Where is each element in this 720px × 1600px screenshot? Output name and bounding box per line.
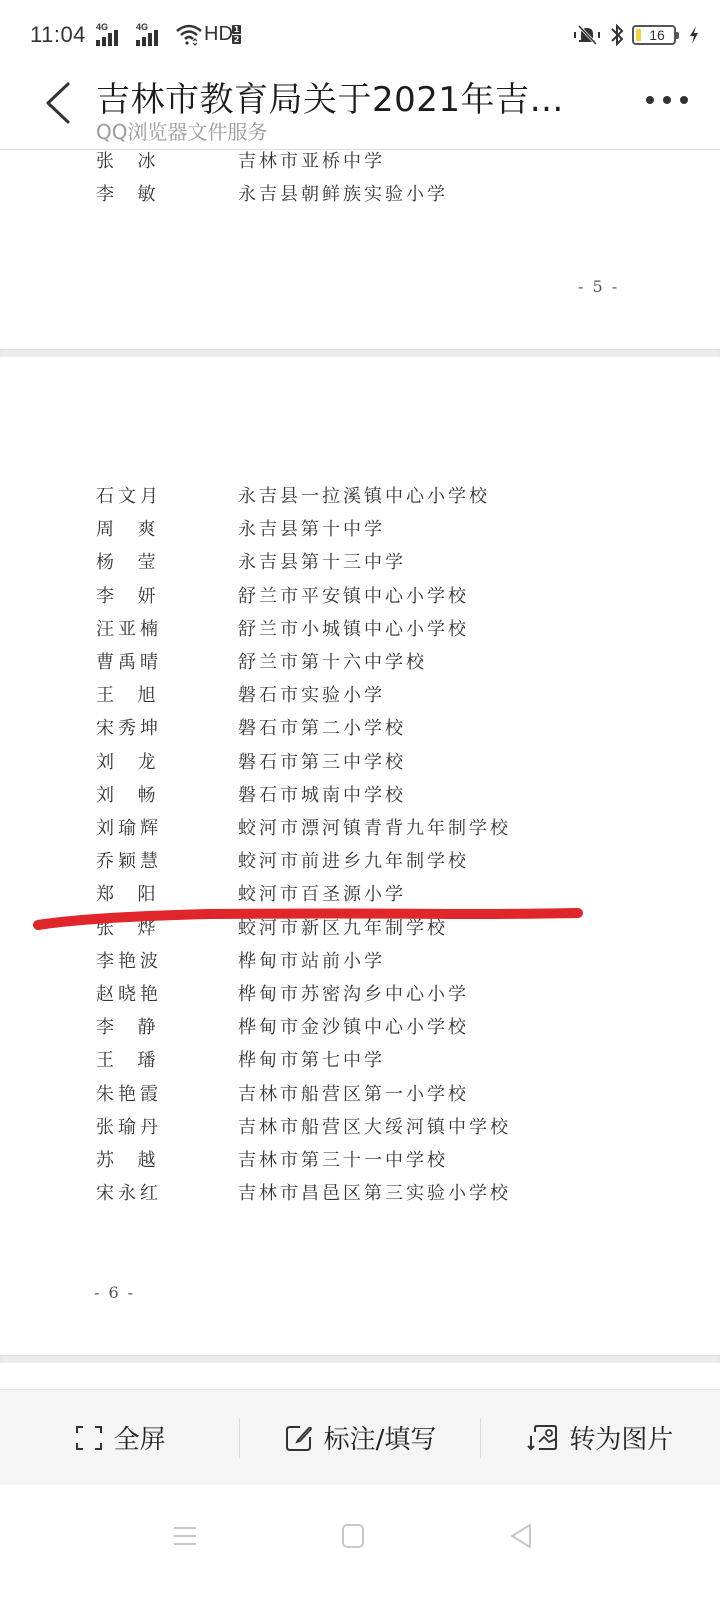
person-name: 李 妍 (96, 582, 216, 608)
person-name: 宋永红 (96, 1179, 216, 1205)
person-name: 曹禹晴 (96, 648, 216, 674)
person-name: 苏 越 (96, 1146, 216, 1172)
wifi-icon (176, 24, 202, 46)
school-name: 桦甸市苏密沟乡中心小学 (238, 980, 469, 1006)
school-name: 磐石市第二小学校 (238, 714, 406, 740)
image-convert-icon (527, 1422, 559, 1454)
school-name: 永吉县一拉溪镇中心小学校 (238, 482, 490, 508)
school-name: 桦甸市站前小学 (238, 947, 385, 973)
person-name: 杨 莹 (96, 548, 216, 574)
status-bar: 11:04 4G 4G HD 1 2 16 (0, 0, 720, 68)
document-source: QQ浏览器文件服务 (96, 116, 267, 145)
bluetooth-icon (610, 23, 624, 47)
person-name: 石文月 (96, 482, 216, 508)
menu-icon[interactable] (172, 1523, 198, 1549)
back-triangle-icon[interactable] (508, 1523, 534, 1549)
status-time: 11:04 (30, 22, 86, 48)
person-name: 王 旭 (96, 681, 216, 707)
school-name: 舒兰市平安镇中心小学校 (238, 582, 469, 608)
page-number: - 5 - (578, 277, 619, 296)
person-name: 王 璠 (96, 1046, 216, 1072)
chevron-left-icon[interactable] (38, 78, 82, 128)
hd-icon: HD (204, 23, 233, 46)
person-name: 宋秀坤 (96, 714, 216, 740)
school-name: 蛟河市前进乡九年制学校 (238, 847, 469, 873)
page-5: 张 冰 吉林市亚桥中学 李 敏 永吉县朝鲜族实验小学 - 5 - (0, 151, 720, 349)
school-name: 蛟河市漂河镇青背九年制学校 (238, 814, 511, 840)
battery-icon: 16 (632, 25, 676, 45)
school-name: 吉林市船营区第一小学校 (238, 1080, 469, 1106)
person-name: 刘瑜辉 (96, 814, 216, 840)
app-header: 吉林市教育局关于2021年吉林... QQ浏览器文件服务 (0, 68, 720, 150)
school-name: 舒兰市小城镇中心小学校 (238, 615, 469, 641)
mute-icon (572, 23, 602, 47)
school-name: 磐石市实验小学 (238, 681, 385, 707)
school-name: 吉林市昌邑区第三实验小学校 (238, 1179, 511, 1205)
page-divider (0, 349, 720, 357)
system-nav-bar (0, 1485, 720, 1600)
page-divider (0, 1355, 720, 1363)
convert-to-image-button[interactable]: 转为图片 (481, 1390, 720, 1485)
document-viewer[interactable]: 张 冰 吉林市亚桥中学 李 敏 永吉县朝鲜族实验小学 - 5 - 石文月永吉县一… (0, 151, 720, 1387)
bottom-toolbar: 全屏 标注/填写 转为图片 (0, 1389, 720, 1485)
person-name: 李艳波 (96, 947, 216, 973)
person-name: 朱艳霞 (96, 1080, 216, 1106)
page-6: 石文月永吉县一拉溪镇中心小学校周 爽永吉县第十中学杨 莹永吉县第十三中学李 妍舒… (0, 357, 720, 1357)
school-name: 永吉县第十三中学 (238, 548, 406, 574)
school-name: 磐石市第三中学校 (238, 748, 406, 774)
annotate-button[interactable]: 标注/填写 (240, 1390, 479, 1485)
person-name: 张瑜丹 (96, 1113, 216, 1139)
school-name: 桦甸市金沙镇中心小学校 (238, 1013, 469, 1039)
school-name: 吉林市第三十一中学校 (238, 1146, 448, 1172)
person-name: 乔颖慧 (96, 847, 216, 873)
person-name: 赵晓艳 (96, 980, 216, 1006)
home-icon[interactable] (340, 1523, 366, 1549)
person-name: 周 爽 (96, 515, 216, 541)
red-underline-annotation (30, 907, 590, 935)
fullscreen-icon (74, 1423, 104, 1453)
person-name: 郑 阳 (96, 880, 216, 906)
school-name: 磐石市城南中学校 (238, 781, 406, 807)
school-name: 永吉县第十中学 (238, 515, 385, 541)
fullscreen-button[interactable]: 全屏 (0, 1390, 239, 1485)
person-name: 刘 龙 (96, 748, 216, 774)
edit-icon (284, 1423, 314, 1453)
person-name: 汪亚楠 (96, 615, 216, 641)
school-name: 吉林市船营区大绥河镇中学校 (238, 1113, 511, 1139)
page-number: - 6 - (94, 1283, 135, 1302)
school-name: 舒兰市第十六中学校 (238, 648, 427, 674)
school-name: 蛟河市百圣源小学 (238, 880, 406, 906)
more-dots-icon[interactable] (646, 96, 688, 104)
hd-sim-indicator: 1 2 (232, 25, 241, 44)
person-name: 刘 畅 (96, 781, 216, 807)
document-title: 吉林市教育局关于2021年吉林... (96, 72, 596, 121)
person-name: 李 静 (96, 1013, 216, 1039)
charging-icon (688, 25, 700, 45)
school-name: 桦甸市第七中学 (238, 1046, 385, 1072)
